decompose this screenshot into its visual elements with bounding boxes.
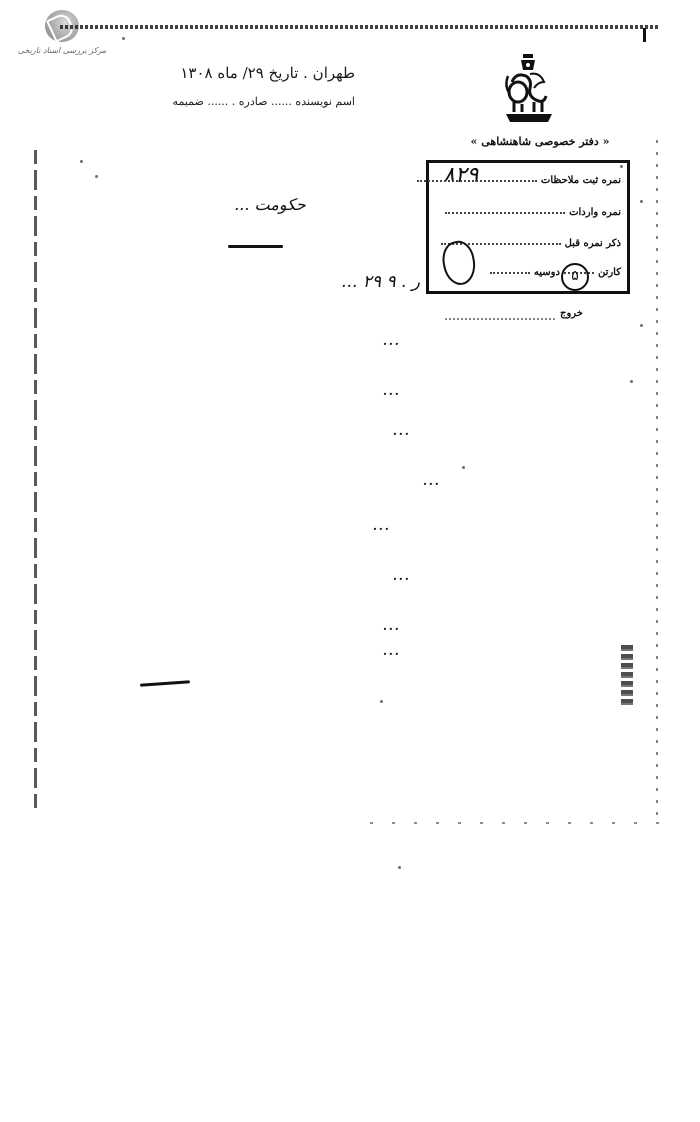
lion-and-sun-emblem-icon bbox=[500, 52, 560, 128]
letter-line: ... bbox=[110, 565, 410, 585]
right-page-edge bbox=[656, 140, 658, 820]
register-label: کارتن bbox=[598, 267, 621, 278]
top-serrated-border bbox=[60, 25, 660, 29]
watermark-text: مرکز بررسی اسناد تاریخی bbox=[12, 46, 112, 55]
scan-speck bbox=[380, 700, 383, 703]
left-page-edge bbox=[34, 150, 37, 810]
letter-line: ... bbox=[100, 470, 440, 490]
register-row: نمره واردات bbox=[445, 207, 621, 218]
ink-blot bbox=[621, 645, 633, 705]
scanned-document-page: مرکز بررسی اسناد تاریخی طهران . تاریخ ۲۹… bbox=[0, 0, 700, 1122]
register-row: نمره ثبت ملاحظات bbox=[417, 175, 621, 186]
letter-line: ... bbox=[100, 330, 400, 350]
scan-speck bbox=[80, 160, 83, 163]
bottom-page-edge bbox=[370, 822, 660, 824]
register-label-2: دوسیه bbox=[534, 267, 560, 278]
border-tick bbox=[643, 28, 646, 42]
circled-carton-number: ۵ bbox=[561, 263, 589, 291]
subject-underline bbox=[228, 245, 283, 248]
exit-fill-line bbox=[445, 318, 555, 320]
letter-line: ... bbox=[90, 515, 390, 535]
letter-line: ر . ۹ ۲۹ ... bbox=[90, 272, 420, 292]
register-row: کارتن دوسیه bbox=[490, 267, 621, 278]
scan-speck bbox=[462, 466, 465, 469]
register-fill-line bbox=[490, 272, 530, 274]
archive-watermark: مرکز بررسی اسناد تاریخی bbox=[12, 8, 102, 58]
letter-line: ... bbox=[100, 615, 400, 635]
register-box: ۸۲۹ نمره ثبت ملاحظات نمره واردات ذکر نمر… bbox=[426, 160, 630, 294]
register-label: نمره ثبت ملاحظات bbox=[541, 175, 621, 186]
scan-speck bbox=[398, 866, 401, 869]
letter-line: ... bbox=[100, 380, 400, 400]
scan-speck bbox=[122, 37, 125, 40]
letter-line: ... bbox=[100, 420, 410, 440]
register-label: ذکر نمره قبل bbox=[565, 238, 621, 249]
scan-speck bbox=[630, 380, 633, 383]
register-label: نمره واردات bbox=[569, 207, 621, 218]
letter-subject: حکومت ... bbox=[200, 195, 340, 214]
scan-speck bbox=[620, 165, 623, 168]
office-title: « دفتر خصوصی شاهنشاهی » bbox=[450, 135, 630, 148]
register-fill-line bbox=[417, 180, 537, 182]
register-fill-line bbox=[445, 212, 565, 214]
header-date-line: طهران . تاریخ ۲۹/ ماه ۱۳۰۸ bbox=[95, 64, 355, 82]
scan-speck bbox=[640, 200, 643, 203]
signature-stroke bbox=[140, 680, 190, 686]
letter-line: ... bbox=[100, 640, 400, 660]
exit-label: خروج bbox=[560, 308, 583, 319]
scan-speck bbox=[95, 175, 98, 178]
scan-speck bbox=[640, 324, 643, 327]
header-sub-line: اسم نویسنده ...... صادره . ...... ضمیمه bbox=[95, 95, 355, 108]
